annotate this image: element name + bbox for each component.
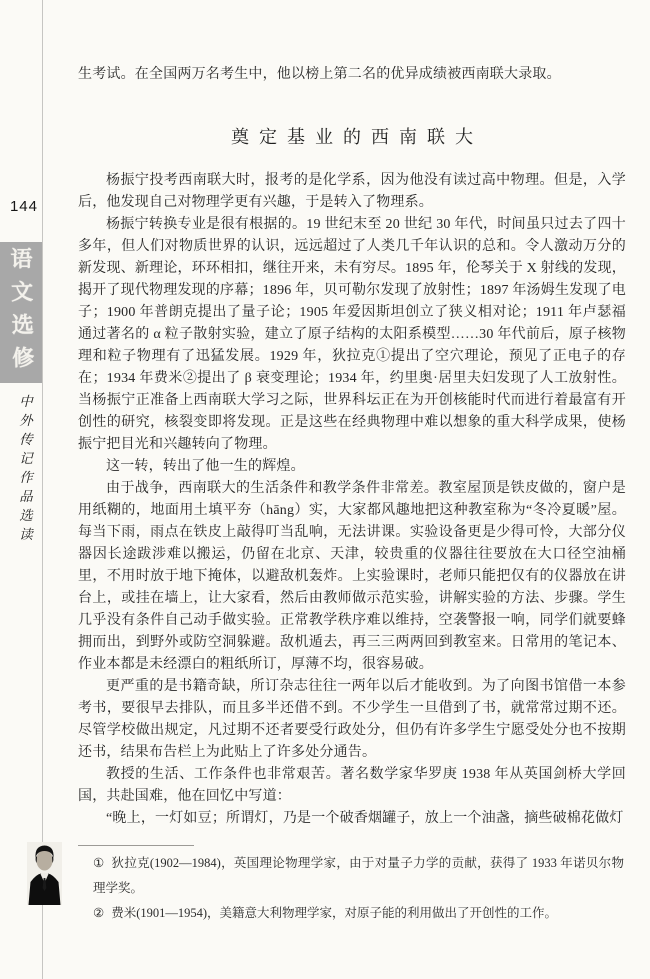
footnote-marker: ② <box>93 906 104 920</box>
page-number: 144 <box>0 198 38 215</box>
book-subtitle-vertical: 中外传记作品选读 <box>14 394 34 546</box>
footnote-divider <box>78 845 194 846</box>
footnotes-section: ①狄拉克(1902—1984)，英国理论物理学家，由于对量子力学的贡献，获得了 … <box>78 845 624 926</box>
margin-rule-line <box>42 0 43 979</box>
quote-paragraph: “晚上，一灯如豆；所谓灯，乃是一个破香烟罐子，放上一个油盏，摘些破棉花做灯 <box>78 808 626 830</box>
paragraph: 由于战争，西南联大的生活条件和教学条件非常差。教室屋顶是铁皮做的，窗户是用纸糊的… <box>78 478 626 676</box>
portrait-photo-icon <box>27 842 62 905</box>
footnote-text: 费米(1901—1954)，美籍意大利物理学家，对原子能的利用做出了开创性的工作… <box>111 906 557 920</box>
main-text-column: 生考试。在全国两万名考生中，他以榜上第二名的优异成绩被西南联大录取。 奠定基业的… <box>78 64 626 830</box>
paragraph: 杨振宁转换专业是很有根据的。19 世纪末至 20 世纪 30 年代，时间虽只过去… <box>78 214 626 456</box>
paragraph: 更严重的是书籍奇缺，所订杂志往往一两年以后才能收到。为了向图书馆借一本参考书，要… <box>78 676 626 764</box>
footnote-text: 狄拉克(1902—1984)，英国理论物理学家，由于对量子力学的贡献，获得了 1… <box>93 856 624 895</box>
footnote: ②费米(1901—1954)，美籍意大利物理学家，对原子能的利用做出了开创性的工… <box>78 901 624 926</box>
continued-paragraph-line: 生考试。在全国两万名考生中，他以榜上第二名的优异成绩被西南联大录取。 <box>78 64 626 86</box>
series-title-vertical: 语文选修 <box>0 246 43 379</box>
footnote-marker: ① <box>93 856 105 870</box>
section-heading: 奠定基业的西南联大 <box>78 124 626 150</box>
footnote: ①狄拉克(1902—1984)，英国理论物理学家，由于对量子力学的贡献，获得了 … <box>78 851 624 901</box>
series-title-block: 语文选修 <box>0 242 42 383</box>
paragraph: 杨振宁投考西南联大时，报考的是化学系，因为他没有读过高中物理。但是，入学后，他发… <box>78 170 626 214</box>
paragraph: 教授的生活、工作条件也非常艰苦。著名数学家华罗庚 1938 年从英国剑桥大学回国… <box>78 764 626 808</box>
book-page: 144 语文选修 中外传记作品选读 生考试。在全国两万名考生中，他以榜上第二名的… <box>0 0 650 979</box>
paragraph: 这一转，转出了他一生的辉煌。 <box>78 456 626 478</box>
